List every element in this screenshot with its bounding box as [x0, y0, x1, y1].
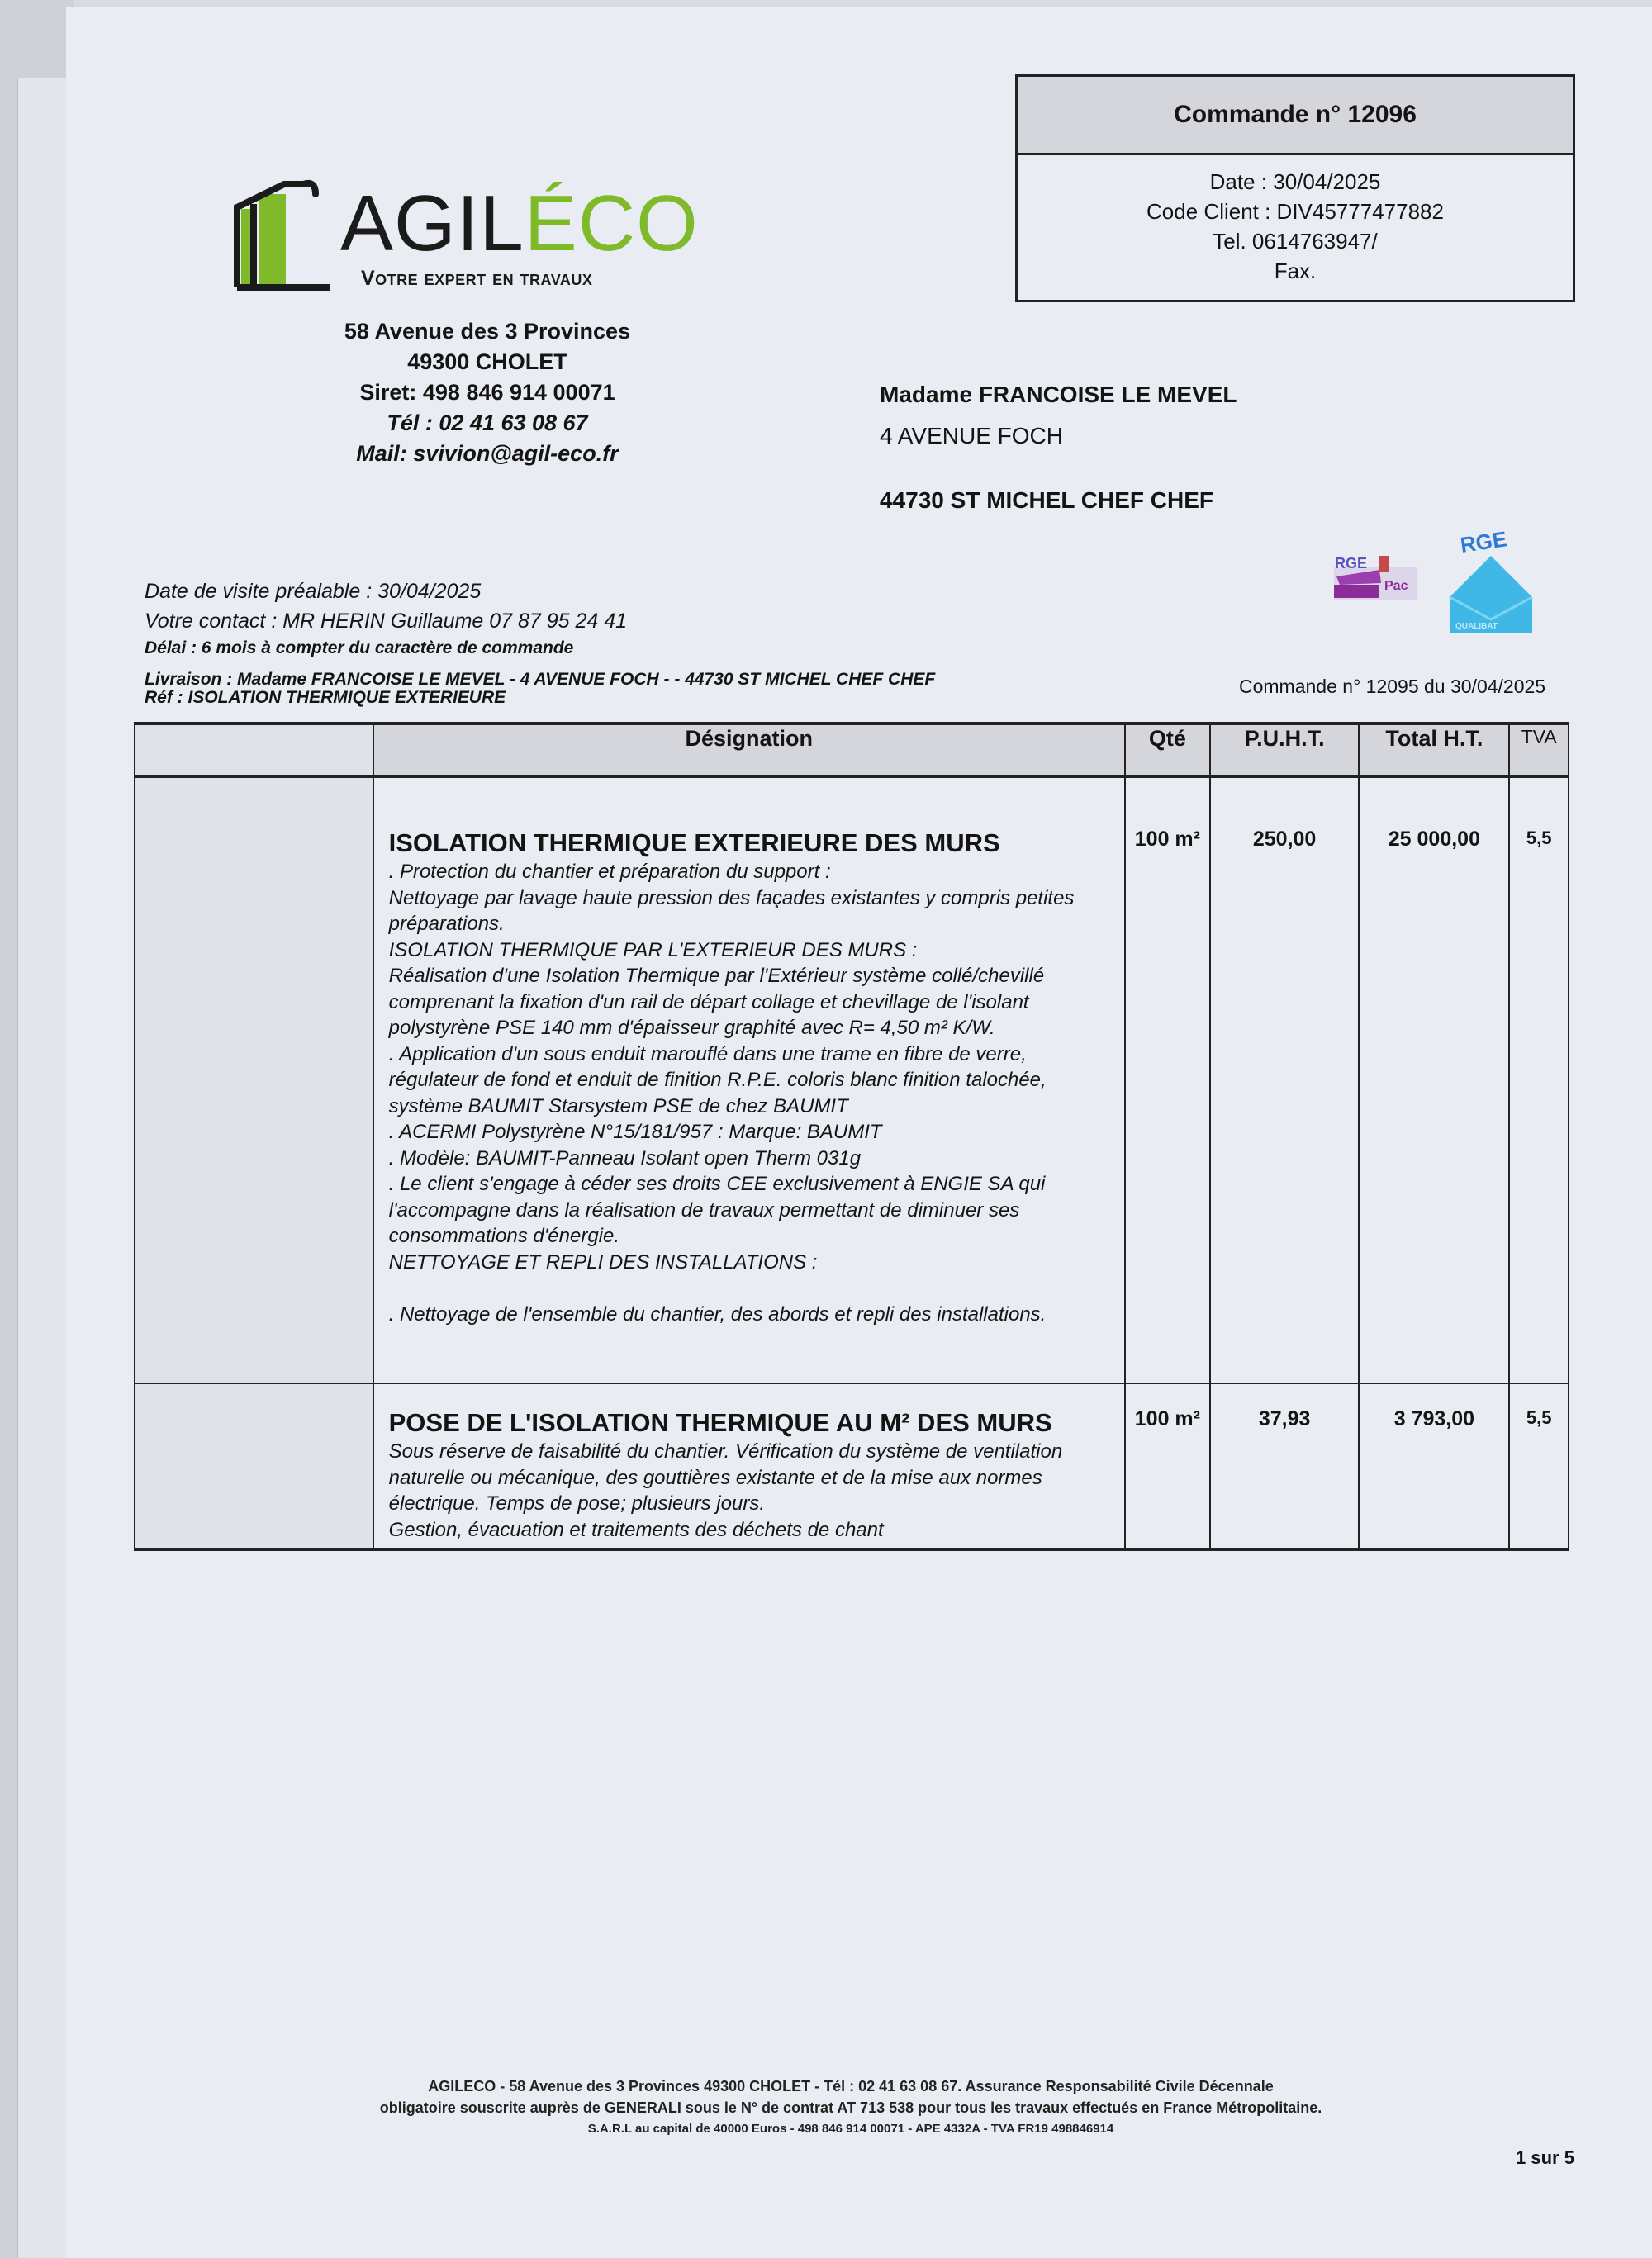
- item-unit-price: 37,93: [1210, 1383, 1359, 1549]
- legal-footer: AGILECO - 58 Avenue des 3 Provinces 4930…: [231, 2075, 1470, 2140]
- order-meta: Date de visite préalable : 30/04/2025 Vo…: [145, 576, 935, 707]
- item-tva: 5,5: [1509, 776, 1569, 1383]
- item-unit-price: 250,00: [1210, 776, 1359, 1383]
- client-phone: Tel. 0614763947/: [1018, 226, 1573, 256]
- client-street: 4 AVENUE FOCH: [880, 415, 1237, 457]
- logo-wordmark: AGILÉCO: [340, 184, 699, 263]
- delivery-delay: Délai : 6 mois à compter du caractère de…: [145, 638, 935, 659]
- logo-tagline: Votre expert en travaux: [361, 267, 592, 291]
- col-header-designation: Désignation: [373, 723, 1125, 776]
- client-name: Madame FRANCOISE LE MEVEL: [880, 374, 1237, 415]
- item-total: 25 000,00: [1359, 776, 1509, 1383]
- col-header-unit-price: P.U.H.T.: [1210, 723, 1359, 776]
- client-code: Code Client : DIV45777477882: [1018, 197, 1573, 226]
- page-number: 1 sur 5: [1516, 2147, 1574, 2169]
- document-page: AGILÉCO Votre expert en travaux 58 Avenu…: [66, 7, 1652, 2258]
- item-description: . Protection du chantier et préparation …: [389, 859, 1109, 1327]
- col-header-total: Total H.T.: [1359, 723, 1509, 776]
- company-info: 58 Avenue des 3 Provinces 49300 CHOLET S…: [231, 316, 743, 469]
- item-title: POSE DE L'ISOLATION THERMIQUE AU M² DES …: [389, 1407, 1109, 1439]
- rge-qualibat-badge-icon: RGE QUALIBAT: [1445, 527, 1536, 634]
- client-city: 44730 ST MICHEL CHEF CHEF: [880, 480, 1237, 521]
- logo-word-dark: AGIL: [340, 179, 525, 268]
- col-header-blank: [135, 723, 373, 776]
- footer-line-3: S.A.R.L au capital de 40000 Euros - 498 …: [231, 2118, 1470, 2140]
- delivery-address: Livraison : Madame FRANCOISE LE MEVEL - …: [145, 671, 935, 689]
- table-row: POSE DE L'ISOLATION THERMIQUE AU M² DES …: [135, 1383, 1569, 1549]
- company-siret: Siret: 498 846 914 00071: [231, 377, 743, 408]
- order-ref-line: Commande n° 12095 du 30/04/2025: [1239, 676, 1545, 698]
- items-table: Désignation Qté P.U.H.T. Total H.T. TVA …: [134, 722, 1569, 1551]
- svg-text:QUALIBAT: QUALIBAT: [1455, 622, 1498, 631]
- col-header-qty: Qté: [1125, 723, 1210, 776]
- rge-pac-badge-icon: RGE Pac: [1330, 552, 1421, 601]
- house-logo-icon: [233, 176, 332, 292]
- item-description: Sous réserve de faisabilité du chantier.…: [389, 1439, 1109, 1543]
- company-phone: Tél : 02 41 63 08 67: [231, 408, 743, 439]
- item-total: 3 793,00: [1359, 1383, 1509, 1549]
- svg-text:Pac: Pac: [1384, 579, 1408, 593]
- company-address: 58 Avenue des 3 Provinces: [231, 316, 743, 347]
- client-fax: Fax.: [1018, 256, 1573, 286]
- company-logo: AGILÉCO Votre expert en travaux: [233, 168, 745, 300]
- col-header-tva: TVA: [1509, 723, 1569, 776]
- svg-text:RGE: RGE: [1335, 555, 1367, 572]
- contact-person: Votre contact : MR HERIN Guillaume 07 87…: [145, 606, 935, 636]
- company-city: 49300 CHOLET: [231, 347, 743, 377]
- item-qty: 100 m²: [1125, 1383, 1210, 1549]
- order-box: Commande n° 12096 Date : 30/04/2025 Code…: [1015, 74, 1575, 302]
- table-row: ISOLATION THERMIQUE EXTERIEURE DES MURS …: [135, 776, 1569, 1383]
- company-email: Mail: svivion@agil-eco.fr: [231, 439, 743, 469]
- item-tva: 5,5: [1509, 1383, 1569, 1549]
- footer-line-1: AGILECO - 58 Avenue des 3 Provinces 4930…: [231, 2075, 1470, 2097]
- order-number-title: Commande n° 12096: [1018, 77, 1573, 155]
- order-reference: Réf : ISOLATION THERMIQUE EXTERIEURE: [145, 689, 935, 707]
- visit-date: Date de visite préalable : 30/04/2025: [145, 576, 935, 606]
- logo-word-green: ÉCO: [525, 179, 699, 268]
- item-title: ISOLATION THERMIQUE EXTERIEURE DES MURS: [389, 828, 1109, 859]
- footer-line-2: obligatoire souscrite auprès de GENERALI…: [231, 2097, 1470, 2118]
- item-qty: 100 m²: [1125, 776, 1210, 1383]
- svg-text:RGE: RGE: [1459, 527, 1508, 557]
- order-date: Date : 30/04/2025: [1018, 167, 1573, 197]
- client-address: Madame FRANCOISE LE MEVEL 4 AVENUE FOCH …: [880, 374, 1237, 521]
